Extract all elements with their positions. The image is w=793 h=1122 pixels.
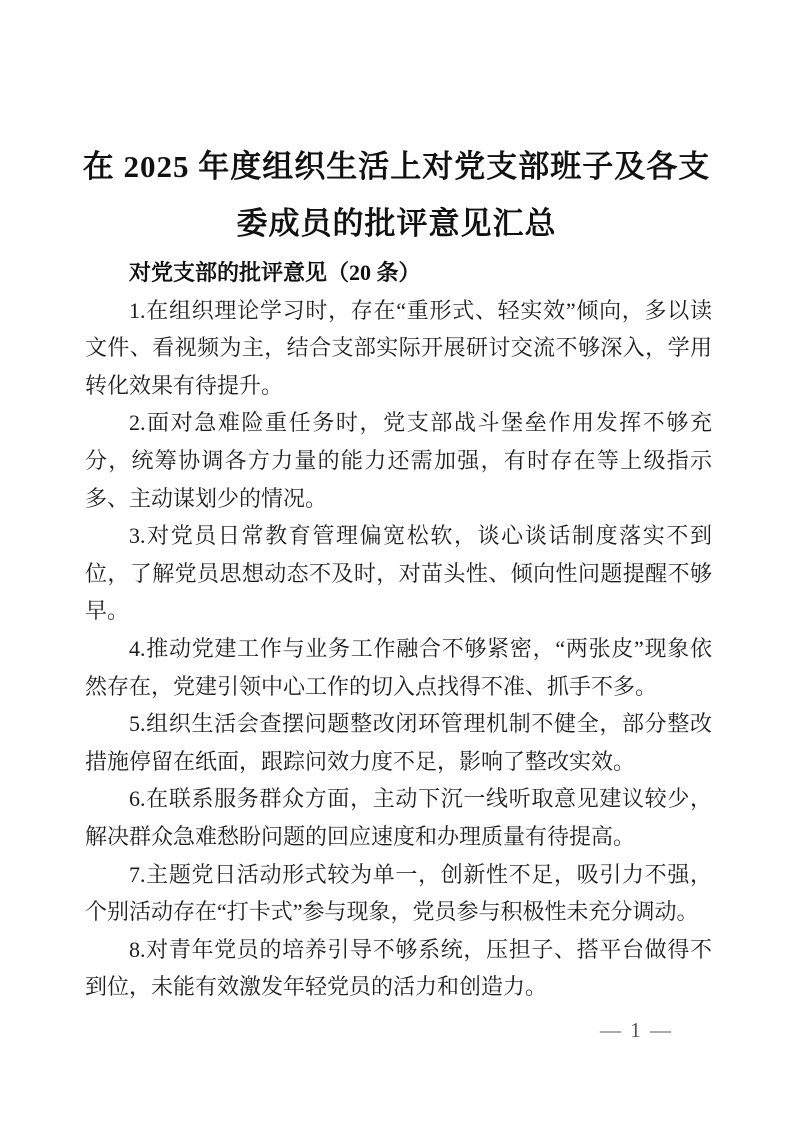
document-body: 对党支部的批评意见（20 条） 1.在组织理论学习时，存在“重形式、轻实效”倾向… [85,254,712,1006]
title-line-1: 在 2025 年度组织生活上对党支部班子及各支 [0,138,793,195]
paragraph-5: 5.组织生活会查摆问题整改闭环管理机制不健全，部分整改措施停留在纸面，跟踪问效力… [85,705,712,780]
document-title: 在 2025 年度组织生活上对党支部班子及各支 委成员的批评意见汇总 [0,138,793,252]
section-heading: 对党支部的批评意见（20 条） [85,254,712,292]
paragraph-8: 8.对青年党员的培养引导不够系统，压担子、搭平台做得不到位，未能有效激发年轻党员… [85,931,712,1006]
paragraph-1: 1.在组织理论学习时，存在“重形式、轻实效”倾向，多以读文件、看视频为主，结合支… [85,292,712,405]
title-line-2: 委成员的批评意见汇总 [0,195,793,252]
page-number: — 1 — [600,1018,673,1043]
paragraph-7: 7.主题党日活动形式较为单一，创新性不足，吸引力不强，个别活动存在“打卡式”参与… [85,856,712,931]
paragraph-3: 3.对党员日常教育管理偏宽松软，谈心谈话制度落实不到位，了解党员思想动态不及时，… [85,517,712,630]
paragraph-6: 6.在联系服务群众方面，主动下沉一线听取意见建议较少，解决群众急难愁盼问题的回应… [85,780,712,855]
paragraph-4: 4.推动党建工作与业务工作融合不够紧密，“两张皮”现象依然存在，党建引领中心工作… [85,630,712,705]
document-page: 在 2025 年度组织生活上对党支部班子及各支 委成员的批评意见汇总 对党支部的… [0,0,793,1122]
paragraph-2: 2.面对急难险重任务时，党支部战斗堡垒作用发挥不够充分，统筹协调各方力量的能力还… [85,404,712,517]
